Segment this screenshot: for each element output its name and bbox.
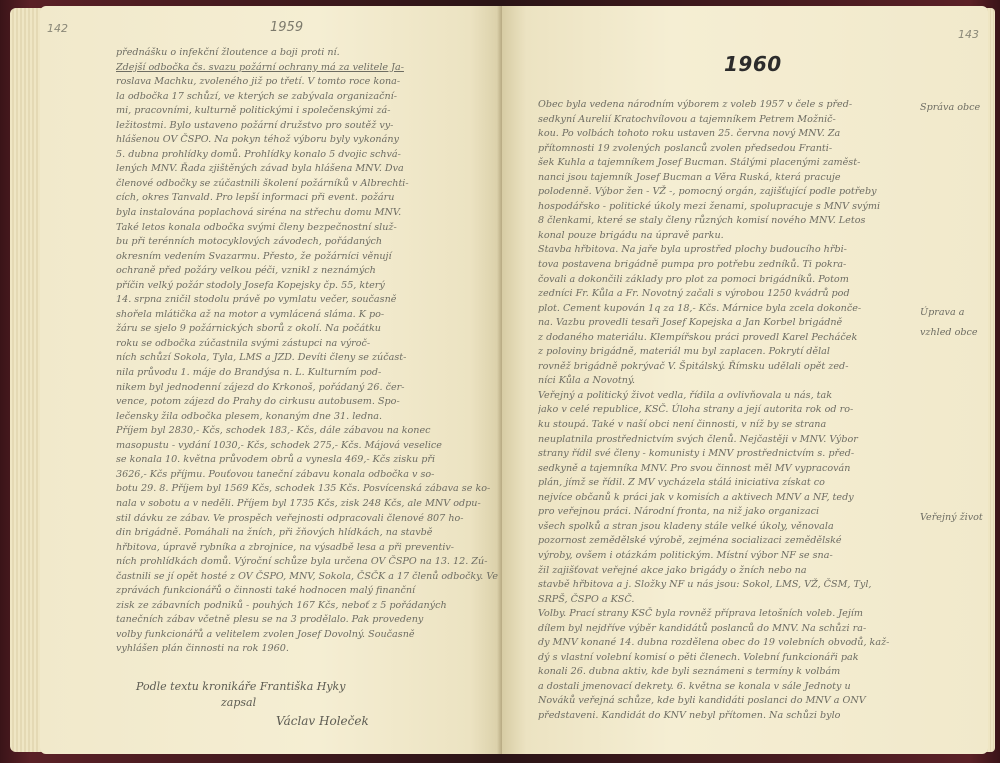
text-line: příčin velký požár stodoly Josefa Kopejs… — [116, 279, 501, 294]
text-line: čovali a dokončili základy pro plot za p… — [538, 273, 889, 288]
text-line: nala v sobotu a v neděli. Příjem byl 173… — [116, 497, 501, 512]
text-line: se konala 10. května průvodem obrů a vyn… — [116, 453, 501, 468]
text-line: nila průvodu 1. máje do Brandýsa n. L. K… — [116, 366, 501, 381]
text-line: Příjem byl 2830,- Kčs, schodek 183,- Kčs… — [116, 424, 501, 439]
text-line: a dostali jmenovací dekrety. 6. května s… — [538, 680, 889, 695]
text-line: přítomnosti 19 zvolených poslanců zvolen… — [538, 142, 889, 157]
text-line: šek Kuhla a tajemníkem Josef Bucman. Stá… — [538, 156, 889, 171]
text-line: členové odbočky se zúčastnili školení po… — [116, 177, 501, 192]
text-line: dý s vlastní volební komisí o pěti člene… — [538, 651, 889, 666]
text-line: zisk ze zábavních podniků - pouhých 167 … — [116, 599, 501, 614]
text-line: Zdejší odbočka čs. svazu požární ochrany… — [116, 61, 501, 76]
text-line: 8 členkami, které se staly členy různých… — [538, 214, 889, 229]
text-line: sedkyní Aurelií Kratochvílovou a tajemní… — [538, 113, 889, 128]
handwritten-text-block: přednášku o infekční žloutence a boji pr… — [116, 46, 501, 657]
text-line: shořela mlátička až na motor a vymlácená… — [116, 308, 501, 323]
text-line: roslava Machku, zvoleného již po třetí. … — [116, 75, 501, 90]
text-line: 5. dubna prohlídky domů. Prohlídky konal… — [116, 148, 501, 163]
text-line: dy MNV konané 14. dubna rozdělena obec d… — [538, 636, 889, 651]
text-line: zprávách funkcionářů o činnosti také hod… — [116, 584, 501, 599]
text-line: z poloviny brigádně, materiál mu byl zap… — [538, 345, 889, 360]
text-line: vyhlášen plán činnosti na rok 1960. — [116, 642, 501, 657]
text-line: neuplatnila prostřednictvím svých členů.… — [538, 433, 889, 448]
text-line: tanečních zábav včetně plesu se na 3 pro… — [116, 613, 501, 628]
text-line: ních schůzí Sokola, Tyla, LMS a JZD. Dev… — [116, 351, 501, 366]
text-line: botu 29. 8. Příjem byl 1569 Kčs, schodek… — [116, 482, 501, 497]
text-line: dílem byl nejdříve výběr kandidátů posla… — [538, 622, 889, 637]
text-line: častnili se jí opět hosté z OV ČSPO, MNV… — [116, 570, 498, 585]
signature-wrote: zapsal — [221, 696, 256, 709]
text-line: byla instalována poplachová siréna na st… — [116, 206, 501, 221]
text-line: nanci jsou tajemník Josef Bucman a Věra … — [538, 171, 889, 186]
text-line: Veřejný a politický život vedla, řídila … — [538, 389, 889, 404]
text-line: lených MNV. Řada zjištěných závad byla h… — [116, 162, 501, 177]
text-line: nejvíce občanů k práci jak v komisích a … — [538, 491, 889, 506]
text-line: plot. Cement kupován 1q za 18,- Kčs. Már… — [538, 302, 889, 317]
text-line: lečensky žila odbočka plesem, konaným dn… — [116, 410, 501, 425]
text-line: cích, okres Tanvald. Pro lepší informaci… — [116, 191, 501, 206]
page-number: 143 — [958, 28, 979, 41]
text-line: hřbitova, úpravě rybníka a zbrojnice, na… — [116, 541, 501, 556]
text-line: stavbě hřbitova a j. Složky NF u nás jso… — [538, 578, 889, 593]
text-line: ku stoupá. Také v naší obci není činnost… — [538, 418, 889, 433]
text-line: Také letos konala odbočka svými členy be… — [116, 221, 501, 236]
text-line: zedníci Fr. Kůla a Fr. Novotný začali s … — [538, 287, 889, 302]
text-line: tova postavena brigádně pumpa pro potřeb… — [538, 258, 889, 273]
text-line: pozornost zemědělské výrobě, zejména soc… — [538, 534, 889, 549]
text-line: Volby. Prací strany KSČ byla rovněž příp… — [538, 607, 889, 622]
text-line: pro veřejnou práci. Národní fronta, na n… — [538, 505, 889, 520]
text-line: SRPŠ, ČSPO a KSČ. — [538, 593, 889, 608]
text-line: 3626,- Kčs příjmu. Pouťovou taneční zába… — [116, 468, 501, 483]
text-line: žáru se sjelo 9 požárnických sborů z oko… — [116, 322, 501, 337]
text-line: stil dávku ze zábav. Ve prospěch veřejno… — [116, 512, 501, 527]
text-line: rovněž brigádně pokrývač V. Špitálský. Ř… — [538, 360, 889, 375]
text-line: z dodaného materiálu. Klempířskou práci … — [538, 331, 889, 346]
text-line: žil zajišťovat veřejné akce jako brigády… — [538, 564, 889, 579]
text-line: ních prohlídkách domů. Výroční schůze by… — [116, 555, 501, 570]
signature-name: Václav Holeček — [276, 714, 369, 728]
text-line: hospodářsko - politické úkoly mezi ženam… — [538, 200, 889, 215]
text-line: volby funkcionářů a velitelem zvolen Jos… — [116, 628, 501, 643]
margin-note-administration: Správa obce — [920, 98, 980, 119]
margin-note-improvement: Úprava a — [920, 303, 964, 324]
text-line: roku se odbočka zúčastnila svými zástupc… — [116, 337, 501, 352]
text-line: okresním vedením Svazarmu. Přesto, že po… — [116, 250, 501, 265]
text-line: konali 26. dubna aktiv, kde byli seznáme… — [538, 665, 889, 680]
text-line: plán, jímž se řídil. Z MV vycházela stál… — [538, 476, 889, 491]
margin-note-appearance: vzhled obce — [920, 323, 978, 344]
signature-attribution: Podle textu kronikáře Františka Hyky — [136, 680, 345, 693]
text-line: Nováků veřejná schůze, kde byli kandidát… — [538, 694, 889, 709]
text-line: na. Vazbu provedli tesaři Josef Kopejska… — [538, 316, 889, 331]
text-line: la odbočka 17 schůzí, ve kterých se zabý… — [116, 90, 501, 105]
text-line: představeni. Kandidát do KNV nebyl příto… — [538, 709, 889, 724]
text-line: sedkyně a tajemníka MNV. Pro svou činnos… — [538, 462, 889, 477]
handwritten-text-block: Obec byla vedena národním výborem z vole… — [538, 98, 889, 724]
text-line: kou. Po volbách tohoto roku ustaven 25. … — [538, 127, 889, 142]
page-number: 142 — [47, 22, 68, 35]
text-line: din brigádně. Pomáhali na žních, při žňo… — [116, 526, 501, 541]
text-line: bu při terénních motocyklových závodech,… — [116, 235, 501, 250]
text-line: jako v celé republice, KSČ. Úloha strany… — [538, 403, 889, 418]
text-line: vence, potom zájezd do Prahy do cirkusu … — [116, 395, 501, 410]
text-line: konal pouze brigádu na úpravě parku. — [538, 229, 889, 244]
text-line: hlášenou OV ČSPO. Na pokyn téhož výboru … — [116, 133, 501, 148]
margin-note-public-life: Veřejný život — [920, 508, 983, 529]
text-line: ochraně před požáry velkou péči, vznikl … — [116, 264, 501, 279]
right-page: 143 1960 Obec byla vedena národním výbor… — [502, 6, 988, 754]
text-line: Obec byla vedena národním výborem z vole… — [538, 98, 889, 113]
text-line: ležitostmi. Bylo ustaveno požární družst… — [116, 119, 501, 134]
year-heading: 1960 — [724, 52, 782, 76]
left-page: 142 1959 přednášku o infekční žloutence … — [40, 6, 502, 754]
text-line: polodenně. Výbor žen - VŽ -, pomocný org… — [538, 185, 889, 200]
text-line: mi, pracovními, kulturně politickými i s… — [116, 104, 501, 119]
text-line: 14. srpna zničil stodolu právě po vymlat… — [116, 293, 501, 308]
text-line: Stavba hřbitova. Na jaře byla uprostřed … — [538, 243, 889, 258]
text-line: přednášku o infekční žloutence a boji pr… — [116, 46, 501, 61]
text-line: nikem byl jednodenní zájezd do Krkonoš, … — [116, 381, 501, 396]
running-year: 1959 — [270, 20, 303, 35]
text-line: výroby, ovšem i otázkám politickým. Míst… — [538, 549, 889, 564]
text-line: strany řídil své členy - komunisty i MNV… — [538, 447, 889, 462]
text-line: všech spolků a stran jsou kladeny stále … — [538, 520, 889, 535]
text-line: níci Kůla a Novotný. — [538, 374, 889, 389]
text-line: masopustu - vydání 1030,- Kčs, schodek 2… — [116, 439, 501, 454]
